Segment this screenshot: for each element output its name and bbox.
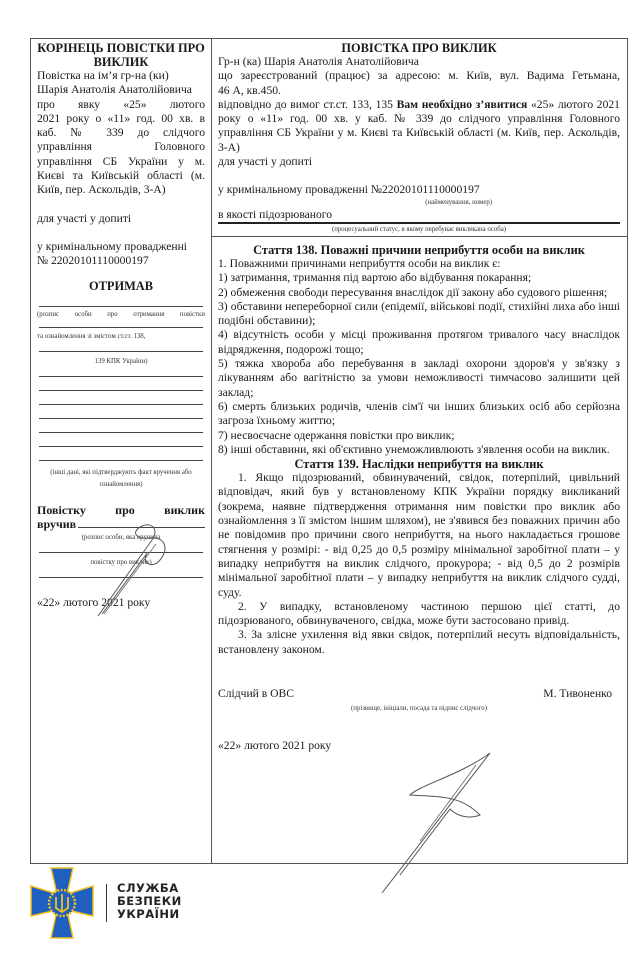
summons-purpose: для участі у допиті: [218, 155, 620, 169]
article-138-intro: 1. Поважними причинами неприбуття особи …: [218, 257, 620, 271]
column-divider: [211, 38, 212, 864]
stub-intro: Повістка на ім’я гр-на (ки): [37, 69, 205, 83]
received-hint-2: та ознайомлення зі змістом ст.ст. 138,: [37, 333, 205, 341]
stub-title-1: КОРІНЕЦЬ ПОВІСТКИ ПРО: [37, 41, 205, 55]
delivered-line-1: Повістку про виклик: [37, 503, 205, 517]
investigator-signature-scribble: [380, 745, 510, 895]
stub-case-number: № 22020101110000197: [37, 254, 205, 268]
received-hint-1: (розпис особи про отримання повістки: [37, 311, 205, 319]
article-138-item: 1) затримання, тримання під вартою або в…: [218, 271, 620, 285]
article-139-p1: 1. Якщо підозрюваний, обвинувачений, сві…: [218, 471, 620, 600]
investigator-signature-row: Слідчий в ОВС М. Тивоненко: [218, 687, 620, 701]
stub-line-2: 2021 року о «11» год. 00 хв. в: [37, 112, 205, 126]
signature-line[interactable]: [39, 327, 203, 328]
stub-line-3: каб. № 339 до слідчого: [37, 126, 205, 140]
delivered-line-2: вручив: [37, 517, 76, 531]
signature-line[interactable]: [39, 306, 203, 307]
summons-status: в якості підозрюваного: [218, 208, 332, 221]
sbu-cross-emblem-icon: [22, 866, 102, 940]
received-title: ОТРИМАВ: [37, 279, 205, 293]
section-divider: [211, 236, 627, 237]
logo-divider: [106, 884, 107, 922]
article-139-p3: 3. За злісне ухилення від явки свідок, п…: [218, 628, 620, 657]
requirement-bold: Вам необхідно з’явитися: [397, 98, 528, 111]
article-138-item: 5) тяжка хвороба або перебування в закла…: [218, 357, 620, 400]
article-138-item: 3) обставини непереборної сили (епідемії…: [218, 300, 620, 329]
investigator-position: Слідчий в ОВС: [218, 687, 294, 701]
summons-citizen: Гр-н (ка) Шарія Анатолія Анатолійовича: [218, 55, 620, 69]
stub-line-4: управління Головного: [37, 140, 205, 154]
sbu-logo-text: СЛУЖБА БЕЗПЕКИ УКРАЇНИ: [117, 882, 182, 921]
article-138-item: 8) інші обставини, які об'єктивно унемож…: [218, 443, 620, 457]
logo-line-3: УКРАЇНИ: [117, 908, 182, 921]
article-138-item: 7) несвоєчасне одержання повістки про ви…: [218, 429, 620, 443]
stub-line-1: про явку «25» лютого: [37, 98, 205, 112]
stub-line-6: Києві та Київській області (м.: [37, 169, 205, 183]
sbu-logo-emblem: [22, 866, 102, 940]
article-138-item: 2) обмеження свободи пересування внаслід…: [218, 286, 620, 300]
summons-main: ПОВІСТКА ПРО ВИКЛИК Гр-н (ка) Шарія Анат…: [218, 41, 620, 754]
data-line[interactable]: [39, 432, 203, 433]
summons-title: ПОВІСТКА ПРО ВИКЛИК: [218, 41, 620, 55]
stub-line-5: управління СБ України у м.: [37, 155, 205, 169]
article-138-item: 4) відсутність особи у місці проживання …: [218, 328, 620, 357]
data-line[interactable]: [39, 376, 203, 377]
data-line[interactable]: [39, 404, 203, 405]
stub-line-7: Київ, пер. Аскольдів, 3-А): [37, 183, 205, 197]
status-hint: (процесуальний статус, в якому перебуває…: [218, 226, 620, 234]
stub-signature-scribble: [90, 518, 185, 618]
stub-name: Шарія Анатолія Анатолійовича: [37, 83, 205, 97]
signature-line[interactable]: [39, 351, 203, 352]
article-139-title: Стаття 139. Наслідки неприбуття на викли…: [218, 457, 620, 471]
article-138-title: Стаття 138. Поважні причини неприбуття о…: [218, 243, 620, 257]
signature-hint: (прізвище, ініціали, посада та підпис сл…: [218, 705, 620, 713]
summons-requirement: відповідно до вимог ст.ст. 133, 135 Вам …: [218, 98, 620, 155]
received-hint-3: 139 КПК України): [37, 358, 205, 366]
data-line[interactable]: [39, 390, 203, 391]
requirement-prefix: відповідно до вимог ст.ст. 133, 135: [218, 98, 397, 111]
stub-title-2: ВИКЛИК: [37, 55, 205, 69]
investigator-name: М. Тивоненко: [543, 687, 612, 701]
data-line[interactable]: [39, 460, 203, 461]
summons-address-2: 46 А, кв.450.: [218, 84, 620, 98]
other-data-hint: (інші дані, які підтверджують факт вруче…: [37, 467, 205, 491]
article-138-item: 6) смерть близьких родичів, членів сім'ї…: [218, 400, 620, 429]
case-hint: (найменування, номер): [218, 199, 620, 207]
summons-case: у кримінальному провадженні №22020101110…: [218, 183, 620, 197]
summons-address-1: що зареєстрований (працює) за адресою: м…: [218, 69, 620, 83]
stub-purpose: для участі у допиті: [37, 212, 205, 226]
article-139-p2: 2. У випадку, встановленому частиною пер…: [218, 600, 620, 629]
stub-case-label: у кримінальному провадженні: [37, 240, 205, 254]
status-field: в якості підозрюваного: [218, 208, 620, 224]
data-line[interactable]: [39, 446, 203, 447]
data-line[interactable]: [39, 418, 203, 419]
